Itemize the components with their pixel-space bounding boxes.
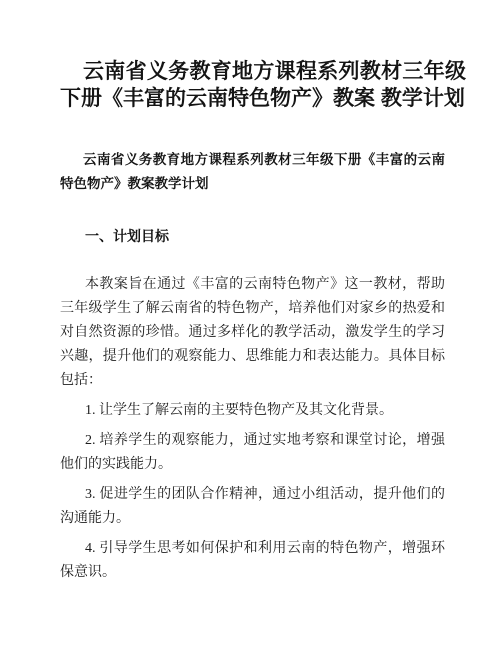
document-page: 云南省义务教育地方课程系列教材三年级下册《丰富的云南特色物产》教案 教学计划 云… <box>0 0 500 647</box>
goal-item-4: 4. 引导学生思考如何保护和利用云南的特色物产，增强环保意识。 <box>60 537 445 585</box>
goal-item-1: 1. 让学生了解云南的主要特色物产及其文化背景。 <box>60 399 445 423</box>
document-title: 云南省义务教育地方课程系列教材三年级下册《丰富的云南特色物产》教案 教学计划 <box>60 58 466 112</box>
goal-item-3: 3. 促进学生的团队合作精神，通过小组活动，提升他们的沟通能力。 <box>60 483 445 531</box>
goal-item-2: 2. 培养学生的观察能力，通过实地考察和课堂讨论，增强他们的实践能力。 <box>60 429 445 477</box>
document-subtitle: 云南省义务教育地方课程系列教材三年级下册《丰富的云南特色物产》教案教学计划 <box>60 148 445 196</box>
intro-paragraph: 本教案旨在通过《丰富的云南特色物产》这一教材，帮助三年级学生了解云南省的特色物产… <box>60 273 445 393</box>
section-heading-plan-goals: 一、计划目标 <box>60 224 445 248</box>
